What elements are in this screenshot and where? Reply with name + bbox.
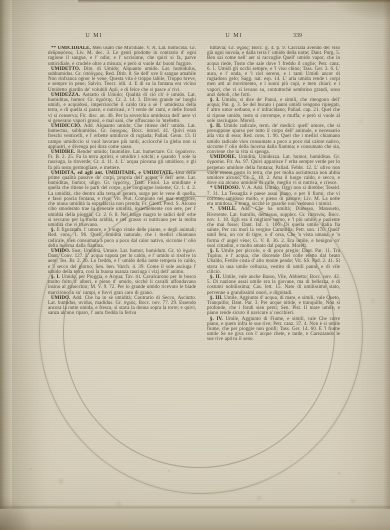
dictionary-entry: §. I. Umile per piccolo, o di poco pregi… bbox=[207, 249, 340, 275]
entry-body: Add. Che ha umiltà; Dimesso, Mansueto, R… bbox=[207, 207, 340, 248]
text-column-left: ** UMICIDIALE. Men usato che Micidiale. … bbox=[48, 46, 196, 470]
entry-body: tuttavia; Gr. ὑγρός; Bocc. g. 4. p. 9. C… bbox=[207, 46, 340, 98]
dictionary-entry: UMIDICCIO. Add. Alquanto umido; Che riti… bbox=[48, 124, 196, 150]
dictionary-entry: UMIDITÀ, ed agli ant. UMIDITADE, e UMIDI… bbox=[48, 171, 196, 228]
running-head-right: U MI bbox=[212, 33, 256, 42]
dictionary-entry: *. UMILE. Add. Che ha umiltà; Dimesso, M… bbox=[207, 207, 340, 249]
scan-edge-left bbox=[0, 0, 11, 530]
dictionary-entry: §. E figuratam. l' umore, e 'l sugo vita… bbox=[48, 228, 196, 249]
dictionary-entry: UMIDO. Sust. Umidità, Umore. Lat. humor,… bbox=[48, 249, 196, 275]
entry-body: Umidità, Umidezza. Lat. humor, humiditas… bbox=[207, 155, 340, 186]
scan-corner-bottom-left bbox=[0, 490, 40, 530]
dictionary-entry: §. II. Umile, vale anche Basso, Vile, Ab… bbox=[207, 275, 340, 296]
entry-body: E figuratam. l' umore, e 'l sugo vitale … bbox=[48, 228, 196, 249]
entry-body: Umile per piccolo, o di poco pregio; Dan… bbox=[207, 249, 340, 275]
dictionary-entry: tuttavia; Gr. ὑγρός; Bocc. g. 4. p. 9. C… bbox=[207, 46, 340, 98]
text-column-right: tuttavia; Gr. ὑγρός; Bocc. g. 4. p. 9. C… bbox=[207, 46, 340, 470]
dictionary-entry: §. I. Umido, per Pioggia, e Acqua; Tav. … bbox=[48, 275, 196, 296]
entry-body: Umile, Aggiunto d' acqua, di mare, e sim… bbox=[207, 296, 340, 317]
entry-body: Umido, per Pioggia, e Acqua; Tav. rit. C… bbox=[48, 275, 196, 296]
dictionary-entry: ** UMICIDIALE. Men usato che Micidiale. … bbox=[48, 46, 196, 67]
entry-body: Umido, si dice de' Panni, e simili, che … bbox=[207, 98, 340, 124]
dictionary-entry: §. I. Umido, si dice de' Panni, e simili… bbox=[207, 98, 340, 124]
entry-body: Astratto di Umido; Qualità di ciò ch' è … bbox=[48, 93, 196, 124]
scan-edge-right bbox=[383, 0, 390, 530]
dictionary-entry: §. IV. Umile, Aggiunto di Fiume, e simil… bbox=[207, 317, 340, 343]
running-head-left: U MI bbox=[72, 33, 116, 42]
dictionary-entry: UMIDORE. Umidità, Umidezza. Lat. humor, … bbox=[207, 155, 340, 186]
dictionary-entry: UMIDO. Add. Che ha in sè umidità; Contra… bbox=[48, 296, 196, 317]
entry-body: Una delle prime qualità passive de' corp… bbox=[48, 171, 196, 228]
entry-body: Umile, Aggiunto di Fiume, e simili, vale… bbox=[207, 317, 340, 343]
scan-corner-top-right bbox=[300, 0, 390, 26]
dictionary-entry: * UMIDOSO. V. A. Add. Umido. Oggi non si… bbox=[207, 186, 340, 207]
entry-body: Umido radicale, term. de' medici: quell'… bbox=[207, 124, 340, 155]
dictionary-entry: §. II. Umido radicale, term. de' medici:… bbox=[207, 124, 340, 155]
scanned-book-page: U MI U MI 339 ** UMICIDIALE. Men usato c… bbox=[0, 0, 390, 530]
dictionary-entry: UMIDETTO. Dim. di Umido; Alquanto umido.… bbox=[48, 67, 196, 93]
dictionary-entry: UMIDIRE. Render umido; Inumidire. Lat. h… bbox=[48, 150, 196, 171]
under-page-strip bbox=[0, 509, 390, 530]
left-margin-shading bbox=[12, 0, 46, 530]
dictionary-entry: §. III. Umile, Aggiunto d' acqua, di mar… bbox=[207, 296, 340, 317]
dictionary-entry: UMIDEZZA. Astratto di Umido; Qualità di … bbox=[48, 93, 196, 124]
entry-body: Umile, vale anche Basso, Vile, Abbietto;… bbox=[207, 275, 340, 296]
page-number: 339 bbox=[276, 33, 302, 39]
